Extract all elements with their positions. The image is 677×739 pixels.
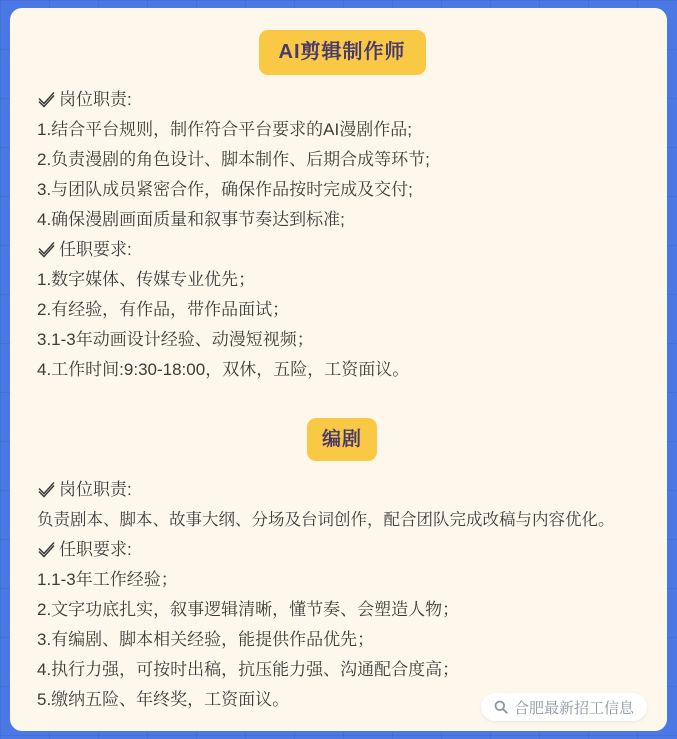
- responsibility-item: 4.确保漫剧画面质量和叙事节奏达到标准;: [37, 205, 647, 235]
- responsibility-item: 2.负责漫剧的角色设计、脚本制作、后期合成等环节;: [37, 145, 647, 175]
- requirement-item: 4.工作时间:9:30-18:00，双休，五险，工资面议。: [37, 355, 647, 385]
- section-1-responsibilities-heading: 岗位职责:: [37, 85, 647, 115]
- heading-label: 岗位职责:: [59, 475, 132, 505]
- job-title-badge-ai-editor: AI剪辑制作师: [259, 30, 426, 75]
- section-2-badge-row: 编剧: [37, 418, 647, 461]
- check-icon: [37, 542, 56, 559]
- section-2-responsibilities-heading: 岗位职责:: [37, 475, 647, 505]
- section-2-requirements-heading: 任职要求:: [37, 535, 647, 565]
- requirement-item: 2.文字功底扎实，叙事逻辑清晰，懂节奏、会塑造人物；: [37, 595, 647, 625]
- heading-label: 岗位职责:: [59, 85, 132, 115]
- requirement-item: 1.数字媒体、传媒专业优先；: [37, 265, 647, 295]
- heading-label: 任职要求:: [59, 535, 132, 565]
- responsibility-item: 3.与团队成员紧密合作，确保作品按时完成及交付;: [37, 175, 647, 205]
- requirement-item: 1.1-3年工作经验；: [37, 565, 647, 595]
- job-title-badge-screenwriter: 编剧: [307, 418, 377, 461]
- requirement-item: 3.有编剧、脚本相关经验，能提供作品优先；: [37, 625, 647, 655]
- check-icon: [37, 242, 56, 259]
- requirement-item: 3.1-3年动画设计经验、动漫短视频；: [37, 325, 647, 355]
- search-icon: [494, 700, 508, 714]
- heading-label: 任职要求:: [59, 235, 132, 265]
- requirement-item: 2.有经验，有作品，带作品面试；: [37, 295, 647, 325]
- card-content: AI剪辑制作师 岗位职责: 1.结合平台规则，制作符合平台要求的AI漫剧作品; …: [10, 8, 667, 715]
- job-post-card: AI剪辑制作师 岗位职责: 1.结合平台规则，制作符合平台要求的AI漫剧作品; …: [10, 8, 667, 731]
- responsibility-item: 负责剧本、脚本、故事大纲、分场及台词创作，配合团队完成改稿与内容优化。: [37, 505, 647, 535]
- section-1-badge-row: AI剪辑制作师: [37, 30, 647, 75]
- check-icon: [37, 482, 56, 499]
- responsibility-item: 1.结合平台规则，制作符合平台要求的AI漫剧作品;: [37, 115, 647, 145]
- search-tag[interactable]: 合肥最新招工信息: [481, 693, 647, 721]
- section-1-requirements-heading: 任职要求:: [37, 235, 647, 265]
- check-icon: [37, 92, 56, 109]
- search-tag-label: 合肥最新招工信息: [514, 697, 634, 718]
- requirement-item: 4.执行力强，可按时出稿，抗压能力强、沟通配合度高；: [37, 655, 647, 685]
